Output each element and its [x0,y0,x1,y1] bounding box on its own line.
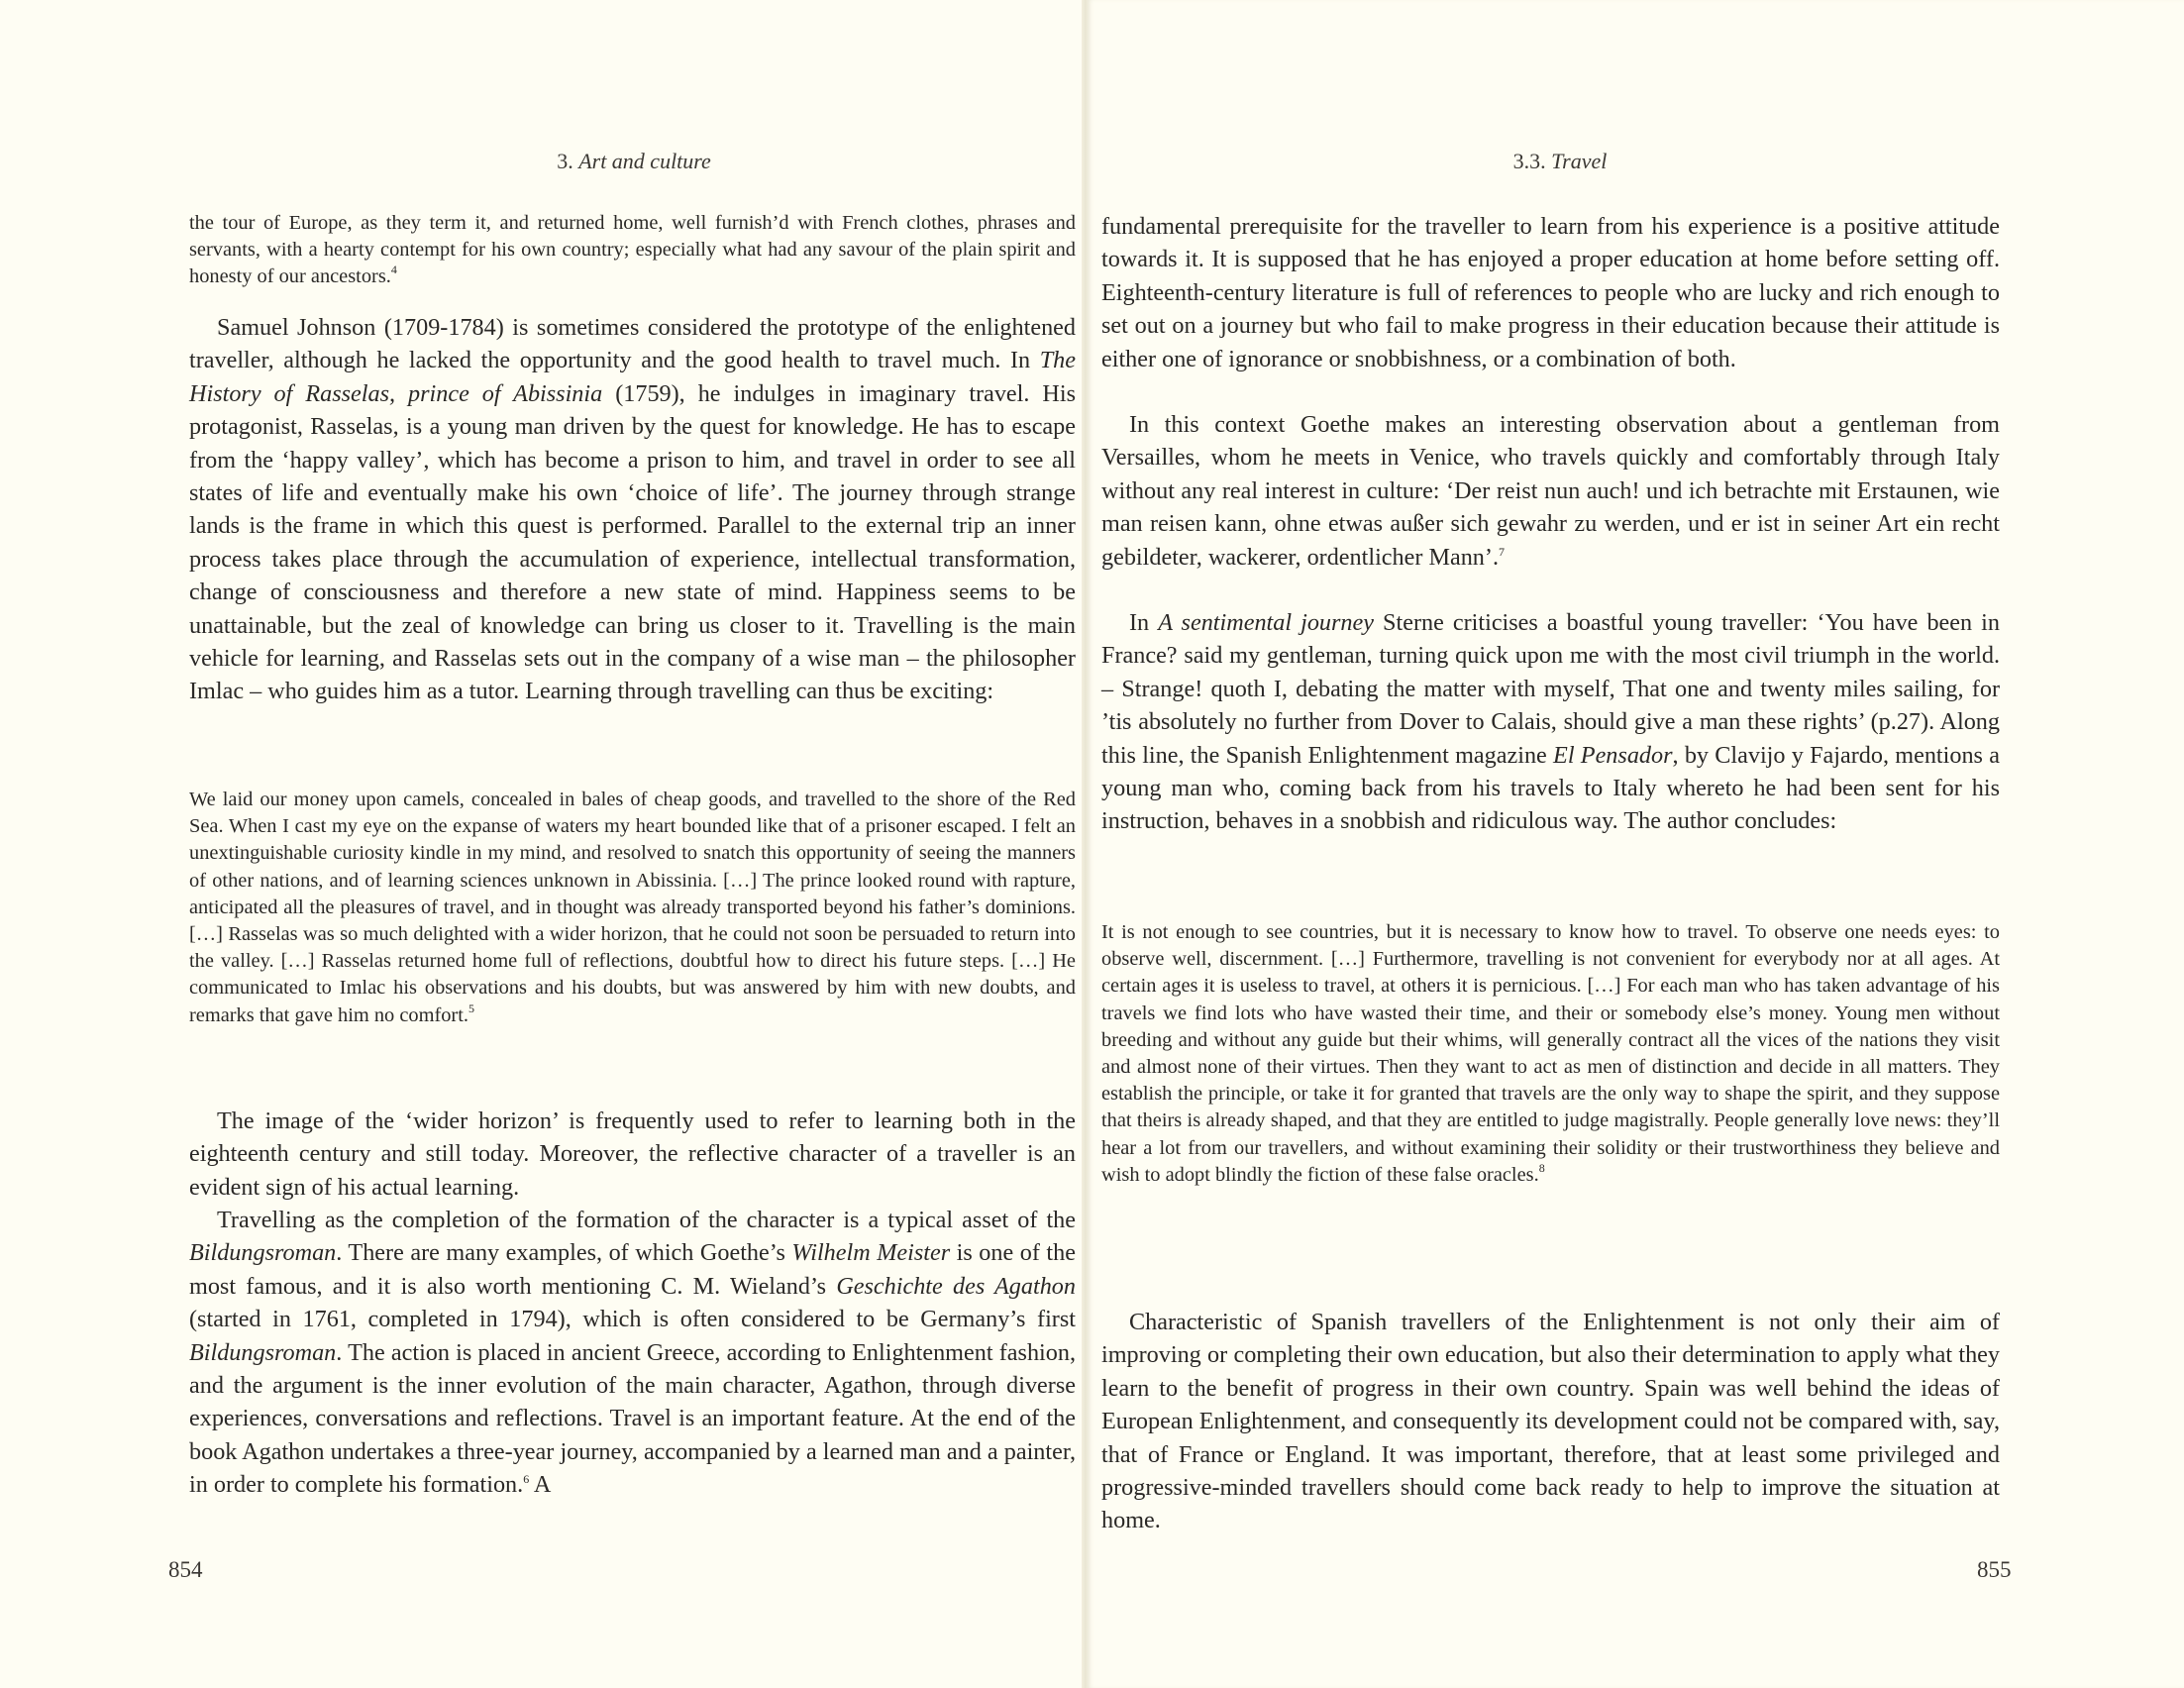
running-head-right: 3.3. Travel [1099,149,2021,174]
paragraph-spanish-travellers: Characteristic of Spanish travellers of … [1101,1306,2000,1537]
section-title: Travel [1551,149,1607,173]
footnote-ref-7[interactable]: 7 [1499,545,1505,559]
book-title-agathon: Geschichte des Agathon [836,1273,1076,1300]
page-number-left: 854 [168,1557,203,1583]
paragraph-sterne: In A sentimental journey Sterne criticis… [1101,606,2000,838]
footnote-ref-5[interactable]: 5 [468,1002,474,1015]
magazine-title-el-pensador: El Pensador [1553,742,1672,769]
paragraph-bildungsroman: Travelling as the completion of the form… [189,1204,1076,1502]
book-title-wilhelm-meister: Wilhelm Meister [791,1239,950,1266]
chapter-number: 3. [557,149,573,173]
page-number-right: 855 [1977,1557,2012,1583]
paragraph-wider-horizon: The image of the ‘wider horizon’ is freq… [189,1105,1076,1204]
book-title-sentimental-journey: A sentimental journey [1158,609,1374,636]
paragraph-johnson: Samuel Johnson (1709-1784) is sometimes … [189,311,1076,708]
block-quote-rasselas: We laid our money upon camels, concealed… [189,787,1076,1029]
footnote-ref-4[interactable]: 4 [391,263,397,276]
left-page: 3. Art and culture the tour of Europe, a… [0,0,1086,1688]
block-quote-pensador: It is not enough to see countries, but i… [1101,919,2000,1189]
right-page: 3.3. Travel fundamental prerequisite for… [1088,0,2184,1688]
footnote-ref-8[interactable]: 8 [1539,1161,1545,1175]
section-number: 3.3. [1513,149,1546,173]
block-quote-4: the tour of Europe, as they term it, and… [189,210,1076,291]
chapter-title: Art and culture [578,149,711,173]
running-head-left: 3. Art and culture [188,149,1080,174]
paragraph-prerequisite: fundamental prerequisite for the travell… [1101,210,2000,375]
paragraph-goethe: In this context Goethe makes an interest… [1101,408,2000,574]
